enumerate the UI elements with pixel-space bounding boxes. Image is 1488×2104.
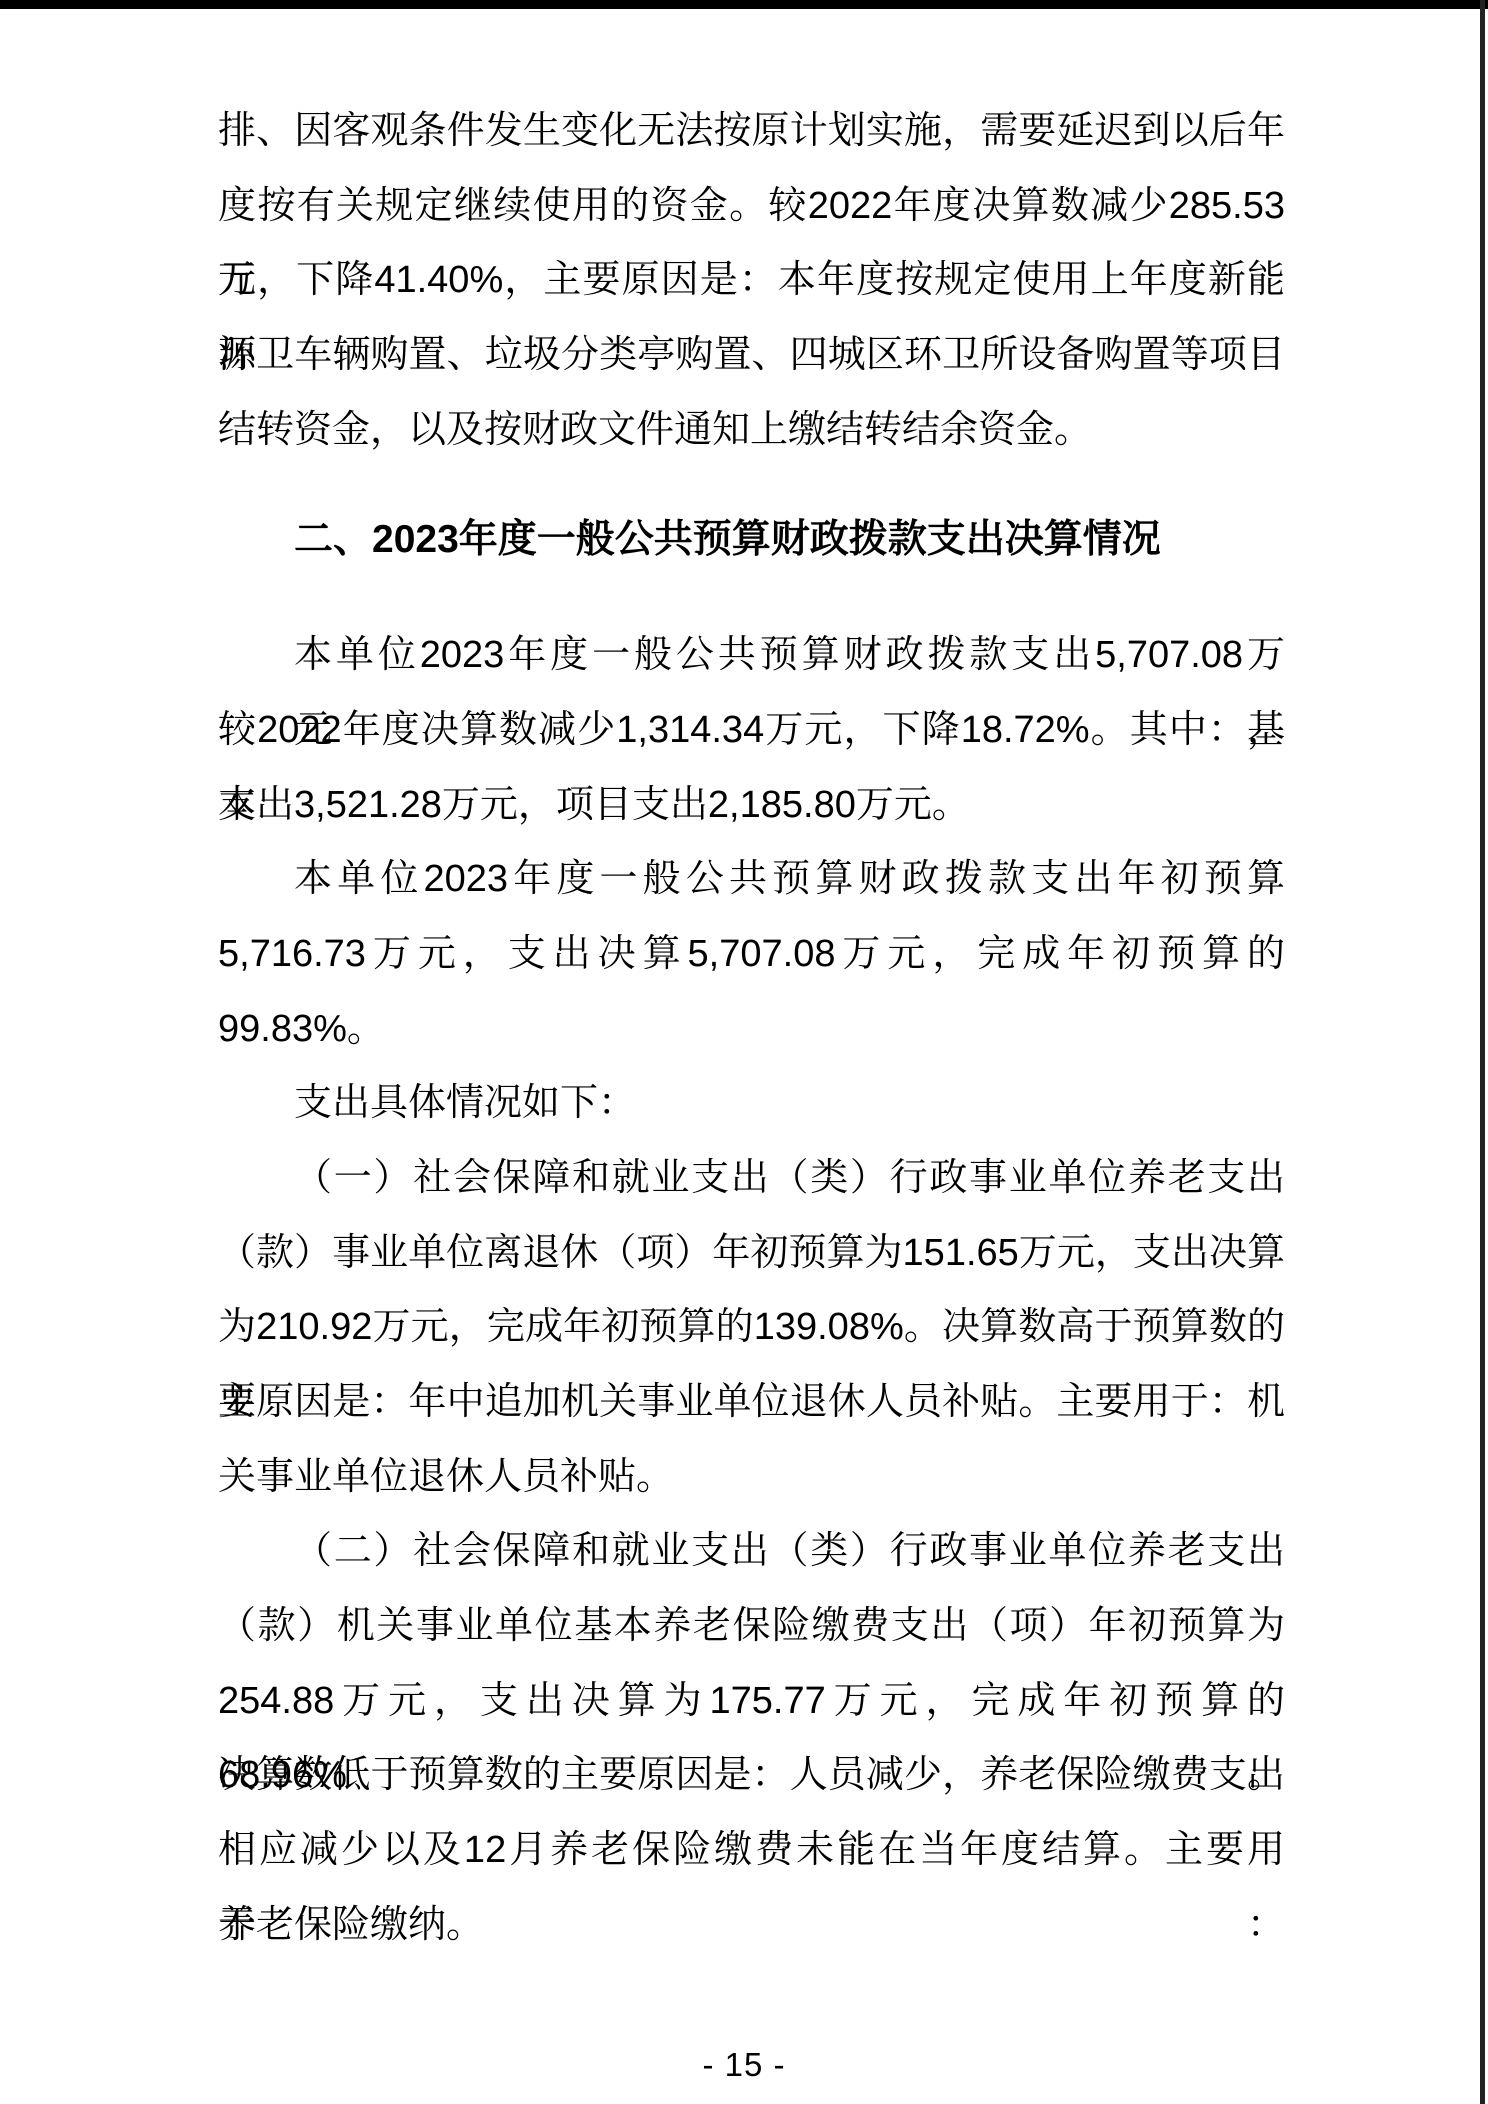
paragraph: （二）社会保障和就业支出（类）行政事业单位养老支出（款）机关事业单位基本养老保险… <box>218 1514 1285 1962</box>
scan-edge-right <box>1480 0 1485 2104</box>
text-line: （一）社会保障和就业支出（类）行政事业单位养老支出 <box>218 1141 1285 1216</box>
paragraph: 排、因客观条件发生变化无法按原计划实施，需要延迟到以后年度按有关规定继续使用的资… <box>218 94 1285 467</box>
text-line: 排、因客观条件发生变化无法按原计划实施，需要延迟到以后年 <box>218 94 1285 169</box>
text-line: 结转资金，以及按财政文件通知上缴结转结余资金。 <box>218 393 1285 468</box>
paragraph: （一）社会保障和就业支出（类）行政事业单位养老支出（款）事业单位离退休（项）年初… <box>218 1141 1285 1514</box>
text-line: 要原因是：年中追加机关事业单位退休人员补贴。主要用于：机 <box>218 1365 1285 1440</box>
text-line: 支出具体情况如下： <box>218 1066 1285 1141</box>
text-line: 相应减少以及12月养老保险缴费未能在当年度结算。主要用于： <box>218 1813 1285 1888</box>
text-line: （款）机关事业单位基本养老保险缴费支出（项）年初预算为 <box>218 1589 1285 1664</box>
text-line: 环卫车辆购置、垃圾分类亭购置、四城区环卫所设备购置等项目 <box>218 318 1285 393</box>
document-body: 排、因客观条件发生变化无法按原计划实施，需要延迟到以后年度按有关规定继续使用的资… <box>218 94 1285 1963</box>
text-line: 254.88万元，支出决算为175.77万元，完成年初预算的68.96%。 <box>218 1664 1285 1739</box>
page-footer: - 15 - <box>0 2038 1488 2092</box>
paragraph: 支出具体情况如下： <box>218 1066 1285 1141</box>
document-page: 排、因客观条件发生变化无法按原计划实施，需要延迟到以后年度按有关规定继续使用的资… <box>0 0 1488 2104</box>
paragraph: 本单位2023年度一般公共预算财政拨款支出5,707.08万元，较2022年度决… <box>218 618 1285 842</box>
text-line: 度按有关规定继续使用的资金。较2022年度决算数减少285.53万 <box>218 169 1285 244</box>
text-line: （款）事业单位离退休（项）年初预算为151.65万元，支出决算 <box>218 1216 1285 1291</box>
text-line: 为210.92万元，完成年初预算的139.08%。决算数高于预算数的主 <box>218 1290 1285 1365</box>
text-line: 元，下降41.40%，主要原因是：本年度按规定使用上年度新能源 <box>218 243 1285 318</box>
section-heading: 二、2023年度一般公共预算财政拨款支出决算情况 <box>218 503 1285 578</box>
text-line: 本单位2023年度一般公共预算财政拨款支出年初预算 <box>218 842 1285 917</box>
text-line: 较2022年度决算数减少1,314.34万元，下降18.72%。其中：基本 <box>218 693 1285 768</box>
text-line: 决算数低于预算数的主要原因是：人员减少，养老保险缴费支出 <box>218 1738 1285 1813</box>
text-line: 5,716.73万元，支出决算5,707.08万元，完成年初预算的 <box>218 917 1285 992</box>
paragraph: 本单位2023年度一般公共预算财政拨款支出年初预算5,716.73万元，支出决算… <box>218 842 1285 1066</box>
heading-line: 二、2023年度一般公共预算财政拨款支出决算情况 <box>218 503 1285 578</box>
text-line: 99.83%。 <box>218 992 1285 1067</box>
page-number: - 15 - <box>702 2046 785 2083</box>
text-line: 支出3,521.28万元，项目支出2,185.80万元。 <box>218 768 1285 843</box>
text-line: （二）社会保障和就业支出（类）行政事业单位养老支出 <box>218 1514 1285 1589</box>
text-line: 本单位2023年度一般公共预算财政拨款支出5,707.08万元， <box>218 618 1285 693</box>
scan-edge-top <box>0 0 1488 9</box>
text-line: 关事业单位退休人员补贴。 <box>218 1440 1285 1515</box>
